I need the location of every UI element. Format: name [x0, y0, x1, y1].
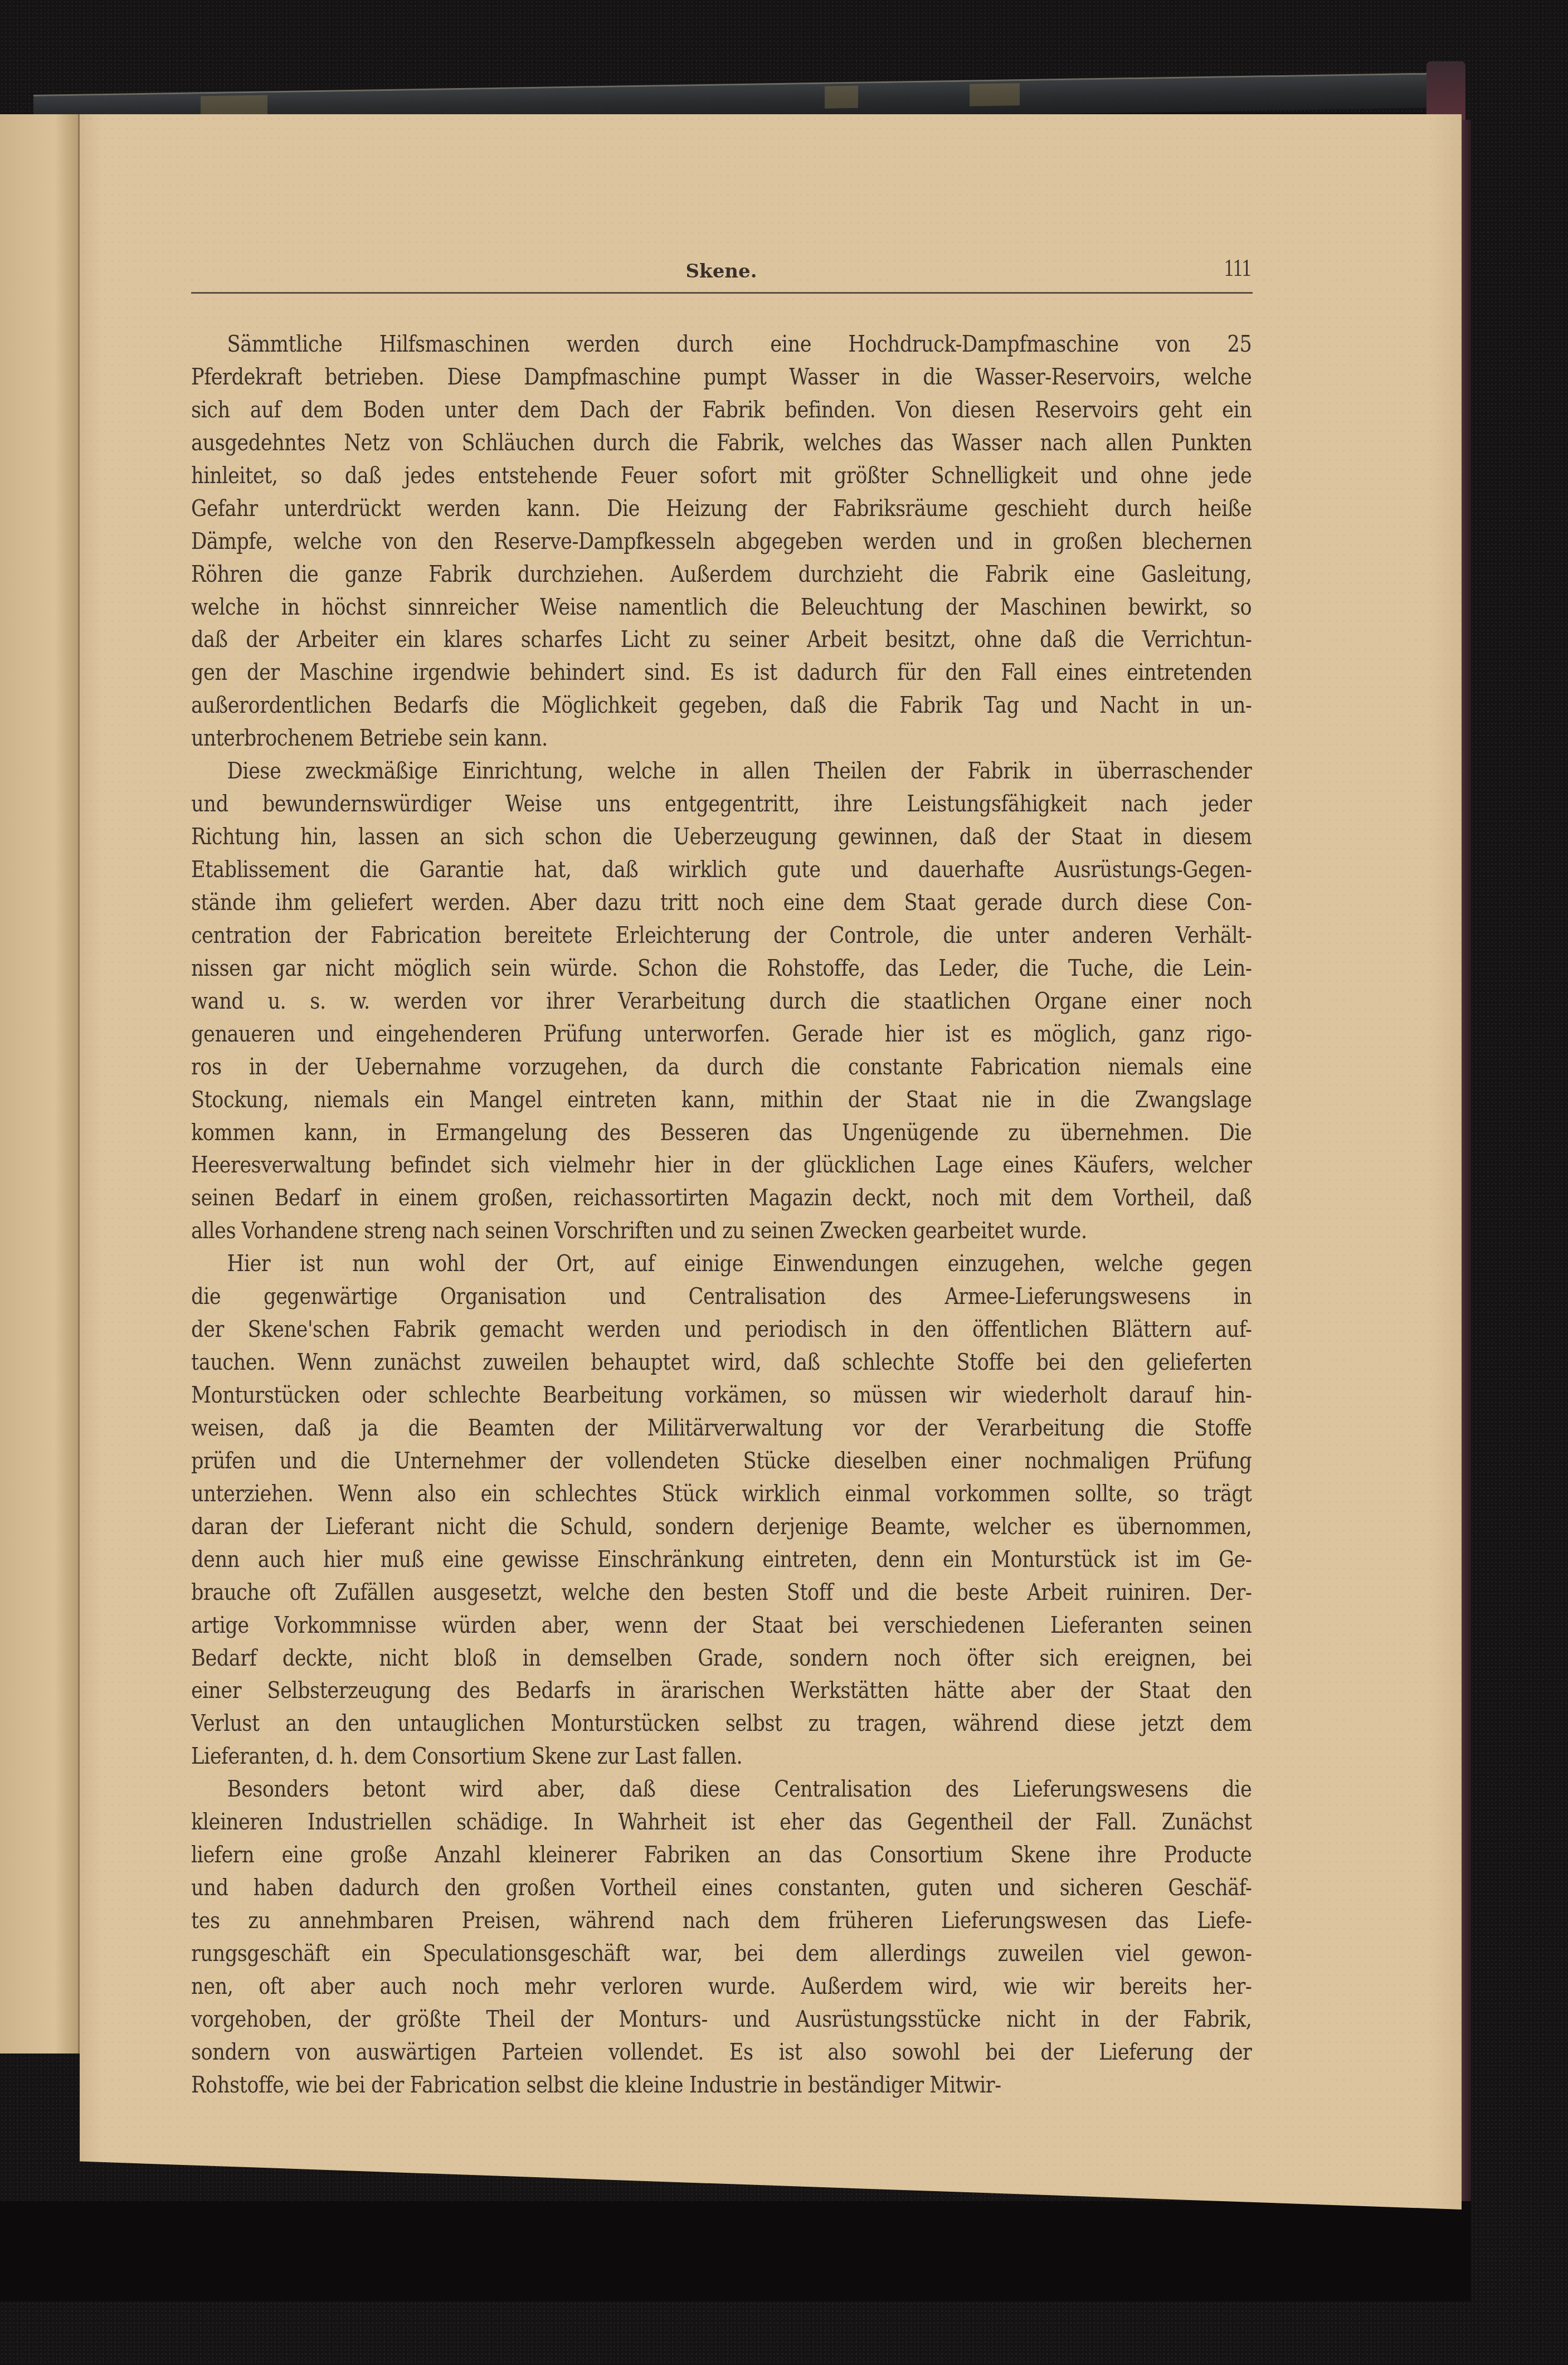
text-line: einer Selbsterzeugung des Bedarfs in ära… — [191, 1674, 1252, 1707]
text-line: prüfen und die Unternehmer der vollendet… — [191, 1444, 1252, 1477]
text-line: gen der Maschine irgendwie behindert sin… — [191, 656, 1252, 689]
text-line: und bewundernswürdiger Weise uns entgege… — [191, 787, 1252, 820]
text-line: genaueren und eingehenderen Prüfung unte… — [191, 1018, 1252, 1050]
text-line: brauche oft Zufällen ausgesetzt, welche … — [191, 1576, 1252, 1609]
text-line: Heeresverwaltung befindet sich vielmehr … — [191, 1149, 1252, 1181]
text-line: unterbrochenem Betriebe sein kann. — [191, 722, 1252, 755]
text-line: und haben dadurch den großen Vortheil ei… — [191, 1871, 1252, 1904]
text-line: daß der Arbeiter ein klares scharfes Lic… — [191, 623, 1252, 656]
text-line: rungsgeschäft ein Speculationsgeschäft w… — [191, 1937, 1252, 1970]
book-cover-corner — [1426, 61, 1465, 123]
text-line: Diese zweckmäßige Einrichtung, welche in… — [191, 755, 1252, 787]
text-line: Gefahr unterdrückt werden kann. Die Heiz… — [191, 492, 1252, 525]
text-line: seinen Bedarf in einem großen, reichasso… — [191, 1181, 1252, 1214]
text-line: sondern von auswärtigen Parteien vollend… — [191, 2036, 1252, 2069]
book-bottom-shadow — [0, 2201, 1471, 2301]
text-line: die gegenwärtige Organisation und Centra… — [191, 1280, 1252, 1313]
text-line: kommen kann, in Ermangelung des Besseren… — [191, 1116, 1252, 1149]
text-line: alles Vorhandene streng nach seinen Vors… — [191, 1214, 1252, 1247]
text-line: centration der Fabrication bereitete Erl… — [191, 919, 1252, 952]
text-line: Richtung hin, lassen an sich schon die U… — [191, 820, 1252, 853]
text-line: weisen, daß ja die Beamten der Militärve… — [191, 1412, 1252, 1444]
text-line: ausgedehntes Netz von Schläuchen durch d… — [191, 426, 1252, 459]
text-line: Bedarf deckte, nicht bloß in demselben G… — [191, 1642, 1252, 1675]
text-line: Etablissement die Garantie hat, daß wirk… — [191, 853, 1252, 886]
text-line: der Skene'schen Fabrik gemacht werden un… — [191, 1313, 1252, 1346]
text-line: Rohstoffe, wie bei der Fabrication selbs… — [191, 2069, 1252, 2101]
text-line: artige Vorkommnisse würden aber, wenn de… — [191, 1609, 1252, 1642]
text-line: Stockung, niemals ein Mangel eintreten k… — [191, 1083, 1252, 1116]
header-rule — [191, 292, 1253, 294]
text-line: sich auf dem Boden unter dem Dach der Fa… — [191, 393, 1252, 426]
paragraph: Hier ist nun wohl der Ort, auf einige Ei… — [191, 1247, 1252, 1773]
book-cover-right-edge — [1461, 120, 1471, 2215]
cover-wear-mark — [970, 83, 1020, 106]
text-line: wand u. s. w. werden vor ihrer Verarbeit… — [191, 985, 1252, 1018]
paragraph: Sämmtliche Hilfsmaschinen werden durch e… — [191, 328, 1252, 755]
body-text: Sämmtliche Hilfsmaschinen werden durch e… — [191, 328, 1252, 2101]
text-line: Sämmtliche Hilfsmaschinen werden durch e… — [191, 328, 1252, 361]
text-line: Besonders betont wird aber, daß diese Ce… — [191, 1773, 1252, 1806]
page-number: 111 — [1224, 254, 1252, 282]
text-line: unterziehen. Wenn also ein schlechtes St… — [191, 1477, 1252, 1510]
text-line: welche in höchst sinnreicher Weise namen… — [191, 591, 1252, 624]
text-line: stände ihm geliefert werden. Aber dazu t… — [191, 886, 1252, 919]
text-line: denn auch hier muß eine gewisse Einschrä… — [191, 1543, 1252, 1576]
paragraph: Diese zweckmäßige Einrichtung, welche in… — [191, 755, 1252, 1247]
text-line: Verlust an den untauglichen Monturstücke… — [191, 1707, 1252, 1740]
text-line: ros in der Uebernahme vorzugehen, da dur… — [191, 1050, 1252, 1083]
text-line: hinleitet, so daß jedes entstehende Feue… — [191, 459, 1252, 492]
facing-page-edge — [0, 114, 80, 2053]
text-line: Dämpfe, welche von den Reserve-Dampfkess… — [191, 525, 1252, 558]
text-line: nen, oft aber auch noch mehr verloren wu… — [191, 1970, 1252, 2003]
text-line: vorgehoben, der größte Theil der Monturs… — [191, 2003, 1252, 2036]
text-line: tauchen. Wenn zunächst zuweilen behaupte… — [191, 1346, 1252, 1379]
text-line: liefern eine große Anzahl kleinerer Fabr… — [191, 1838, 1252, 1871]
text-line: Monturstücken oder schlechte Bearbeitung… — [191, 1379, 1252, 1412]
text-line: tes zu annehmbaren Preisen, während nach… — [191, 1904, 1252, 1937]
text-line: daran der Lieferant nicht die Schuld, so… — [191, 1510, 1252, 1543]
paragraph: Besonders betont wird aber, daß diese Ce… — [191, 1773, 1252, 2101]
text-line: Röhren die ganze Fabrik durchziehen. Auß… — [191, 558, 1252, 591]
text-line: Pferdekraft betrieben. Diese Dampfmaschi… — [191, 361, 1252, 393]
running-title: Skene. — [191, 260, 1252, 283]
text-line: Lieferanten, d. h. dem Consortium Skene … — [191, 1740, 1252, 1773]
text-line: kleineren Industriellen schädige. In Wah… — [191, 1806, 1252, 1838]
text-line: nissen gar nicht möglich sein würde. Sch… — [191, 952, 1252, 985]
cover-wear-mark — [825, 86, 858, 109]
text-line: Hier ist nun wohl der Ort, auf einige Ei… — [191, 1247, 1252, 1280]
running-head: Skene. 111 — [191, 254, 1252, 293]
text-line: außerordentlichen Bedarfs die Möglichkei… — [191, 689, 1252, 722]
